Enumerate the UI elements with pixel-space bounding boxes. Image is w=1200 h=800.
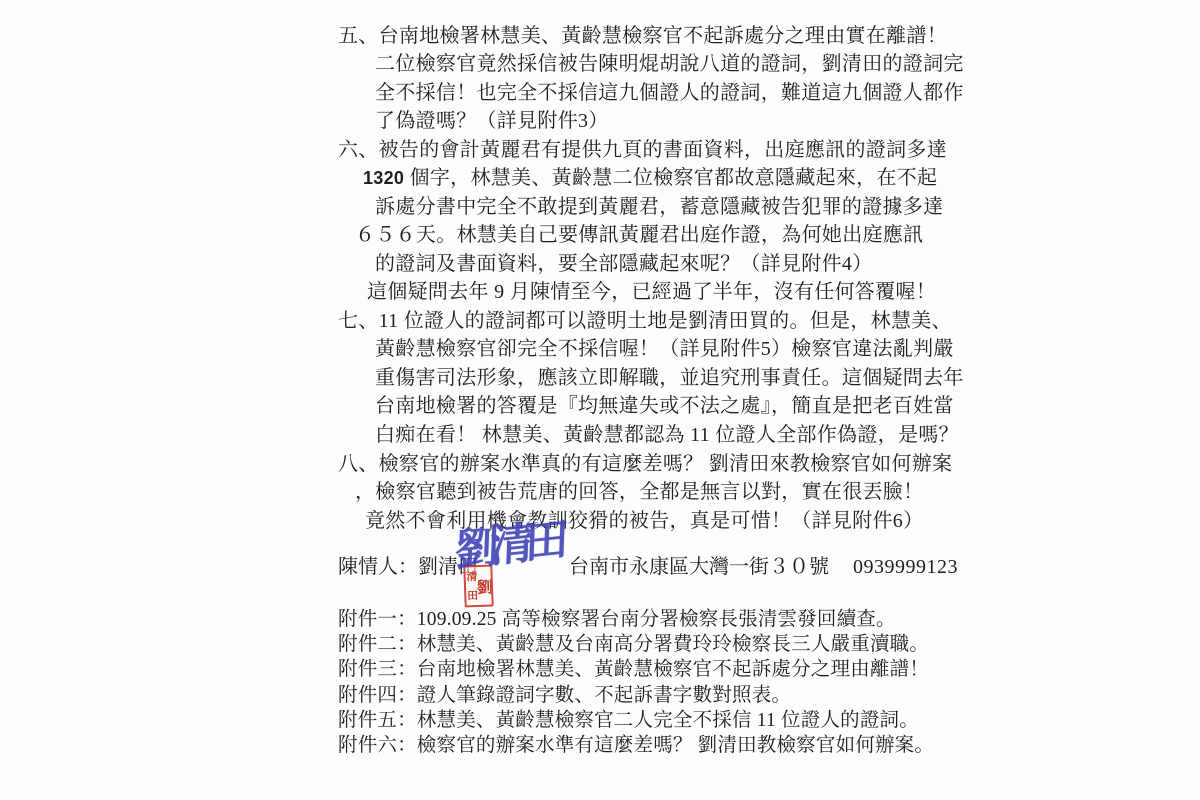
scanned-petition-page: 五、台南地檢署林慧美、黃齡慧檢察官不起訴處分之理由實在離譜！ 二位檢察官竟然採信… (0, 0, 1200, 800)
attachment-line: 附件六：檢察官的辦案水準有這麼差嗎？ 劉清田教檢察官如何辦案。 (338, 733, 958, 758)
section-five: 五、台南地檢署林慧美、黃齡慧檢察官不起訴處分之理由實在離譜！ 二位檢察官竟然採信… (338, 22, 958, 136)
petitioner-name: 陳情人：劉清田 (338, 554, 478, 580)
body-line: 訴處分書中完全不敢提到黃麗君，蓄意隱藏被告犯罪的證據多達 (338, 193, 958, 221)
body-line: ６５６天。林慧美自己要傳訊黃麗君出庭作證，為何她出庭應訊 (338, 221, 958, 249)
attachment-line: 附件五：林慧美、黃齡慧檢察官二人完全不採信 11 位證人的證詞。 (338, 708, 958, 733)
body-line: 五、台南地檢署林慧美、黃齡慧檢察官不起訴處分之理由實在離譜！ (338, 22, 958, 50)
body-line: 1320 個字，林慧美、黃齡慧二位檢察官都故意隱藏起來，在不起 (338, 164, 958, 192)
attachment-line: 附件一：109.09.25 高等檢察署台南分署檢察長張清雲發回續查。 (338, 607, 958, 632)
body-line: 這個疑問去年 9 月陳情至今，已經過了半年，沒有任何答覆喔！ (338, 278, 958, 306)
red-name-seal: 清 田 劉 (463, 565, 493, 608)
body-line: 六、被告的會計黃麗君有提供九頁的書面資料，出庭應訊的證詞多達 (338, 136, 958, 164)
body-line: 竟然不會利用機會教訓狡猾的被告，真是可惜！（詳見附件6） (338, 507, 958, 535)
body-line: 台南地檢署的答覆是『均無違失或不法之處』，簡直是把老百姓當 (338, 392, 958, 420)
body-line: 了偽證嗎？（詳見附件3） (338, 107, 958, 135)
section-eight: 八、檢察官的辦案水準真的有這麼差嗎？ 劉清田來教檢察官如何辦案 ，檢察官聽到被告… (338, 450, 958, 535)
section-seven: 七、11 位證人的證詞都可以證明土地是劉清田買的。但是，林慧美、 黃齡慧檢察官卻… (338, 307, 958, 449)
seal-char-liu: 劉 (478, 567, 492, 605)
petitioner-address: 台南市永康區大灣一街３０號 (569, 554, 829, 580)
attachments-list: 附件一：109.09.25 高等檢察署台南分署檢察長張清雲發回續查。 附件二：林… (338, 607, 958, 758)
body-line: 七、11 位證人的證詞都可以證明土地是劉清田買的。但是，林慧美、 (338, 307, 958, 335)
attachment-line: 附件三：台南地檢署林慧美、黃齡慧檢察官不起訴處分之理由離譜！ (338, 657, 958, 682)
body-line: 白痴在看！ 林慧美、黃齡慧都認為 11 位證人全部作偽證，是嗎？ (338, 421, 958, 449)
body-line: 重傷害司法形象，應該立即解職，並追究刑事責任。這個疑問去年 (338, 364, 958, 392)
word-count-number: 1320 (363, 168, 404, 188)
body-line: 全不採信！也完全不採信這九個證人的證詞，難道這九個證人都作 (338, 79, 958, 107)
section-six: 六、被告的會計黃麗君有提供九頁的書面資料，出庭應訊的證詞多達 1320 個字，林… (338, 136, 958, 306)
body-line: 二位檢察官竟然採信被告陳明焜胡說八道的證詞，劉清田的證詞完 (338, 50, 958, 78)
petitioner-row: 陳情人：劉清田 台南市永康區大灣一街３０號 0939999123 (338, 554, 958, 580)
body-line: 八、檢察官的辦案水準真的有這麼差嗎？ 劉清田來教檢察官如何辦案 (338, 450, 958, 478)
attachment-line: 附件二：林慧美、黃齡慧及台南高分署費玲玲檢察長三人嚴重瀆職。 (338, 632, 958, 657)
body-line: 的證詞及書面資料，要全部隱藏起來呢？（詳見附件4） (338, 250, 958, 278)
body-line-text: 個字，林慧美、黃齡慧二位檢察官都故意隱藏起來，在不起 (404, 167, 937, 189)
body-line: 黃齡慧檢察官卻完全不採信喔！（詳見附件5）檢察官違法亂判嚴 (338, 335, 958, 363)
body-line: ，檢察官聽到被告荒唐的回答，全都是無言以對，實在很丟臉！ (338, 478, 958, 506)
petitioner-phone: 0939999123 (853, 554, 958, 580)
attachment-line: 附件四：證人筆錄證詞字數、不起訴書字數對照表。 (338, 683, 958, 708)
